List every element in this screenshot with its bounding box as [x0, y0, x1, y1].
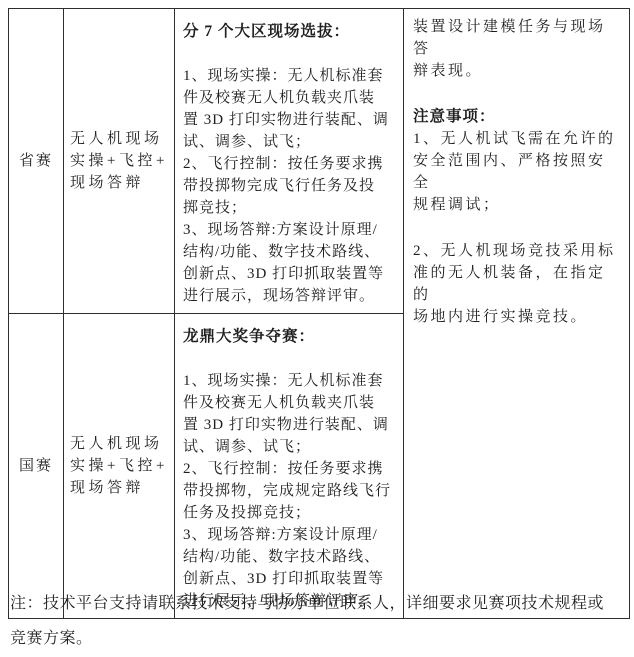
- format-text-provincial: 无人机现场 实操+飞控+ 现场答辩: [70, 128, 168, 194]
- notes-cell: 装置设计建模任务与现场答 辩表现。 注意事项： 1、无人机试飞需在允许的 安全范…: [404, 9, 630, 619]
- footnote-text: 注：技术平台支持请联系技术支持与协办单位联系人，详细要求见赛项技术规程或 竞赛方…: [10, 586, 628, 656]
- stage-cell-provincial: 省赛: [9, 9, 64, 314]
- details-cell-national: 龙鼎大奖争夺赛： 1、现场实操：无人机标准套 件及校赛无人机负载夹爪装 置 3D…: [175, 314, 404, 619]
- table-row-provincial: 省赛 无人机现场 实操+飞控+ 现场答辩 分 7 个大区现场选拔： 1、现场实操…: [9, 9, 630, 314]
- document-page: 省赛 无人机现场 实操+飞控+ 现场答辩 分 7 个大区现场选拔： 1、现场实操…: [0, 0, 634, 657]
- format-text-national: 无人机现场 实操+飞控+ 现场答辩: [70, 433, 168, 499]
- stage-cell-national: 国赛: [9, 314, 64, 619]
- stage-label-provincial: 省赛: [19, 153, 53, 169]
- details-title-national: 龙鼎大奖争夺赛：: [183, 326, 396, 348]
- details-body-national: 1、现场实操：无人机标准套 件及校赛无人机负载夹爪装 置 3D 打印实物进行装配…: [183, 370, 396, 612]
- notes-continuation-text: 装置设计建模任务与现场答 辩表现。: [413, 16, 622, 82]
- format-cell-provincial: 无人机现场 实操+飞控+ 现场答辩: [64, 9, 175, 314]
- stage-label-national: 国赛: [19, 458, 53, 474]
- notes-title: 注意事项：: [413, 106, 622, 128]
- notes-item-1: 1、无人机试飞需在允许的 安全范围内、严格按照安全 规程调试；: [413, 128, 622, 216]
- details-title-provincial: 分 7 个大区现场选拔：: [183, 21, 396, 43]
- notes-item-2: 2、无人机现场竞技采用标 准的无人机装备，在指定的 场地内进行实操竞技。: [413, 240, 622, 328]
- details-cell-provincial: 分 7 个大区现场选拔： 1、现场实操：无人机标准套 件及校赛无人机负载夹爪装 …: [175, 9, 404, 314]
- details-body-provincial: 1、现场实操：无人机标准套 件及校赛无人机负载夹爪装 置 3D 打印实物进行装配…: [183, 65, 396, 307]
- format-cell-national: 无人机现场 实操+飞控+ 现场答辩: [64, 314, 175, 619]
- competition-table: 省赛 无人机现场 实操+飞控+ 现场答辩 分 7 个大区现场选拔： 1、现场实操…: [8, 8, 630, 619]
